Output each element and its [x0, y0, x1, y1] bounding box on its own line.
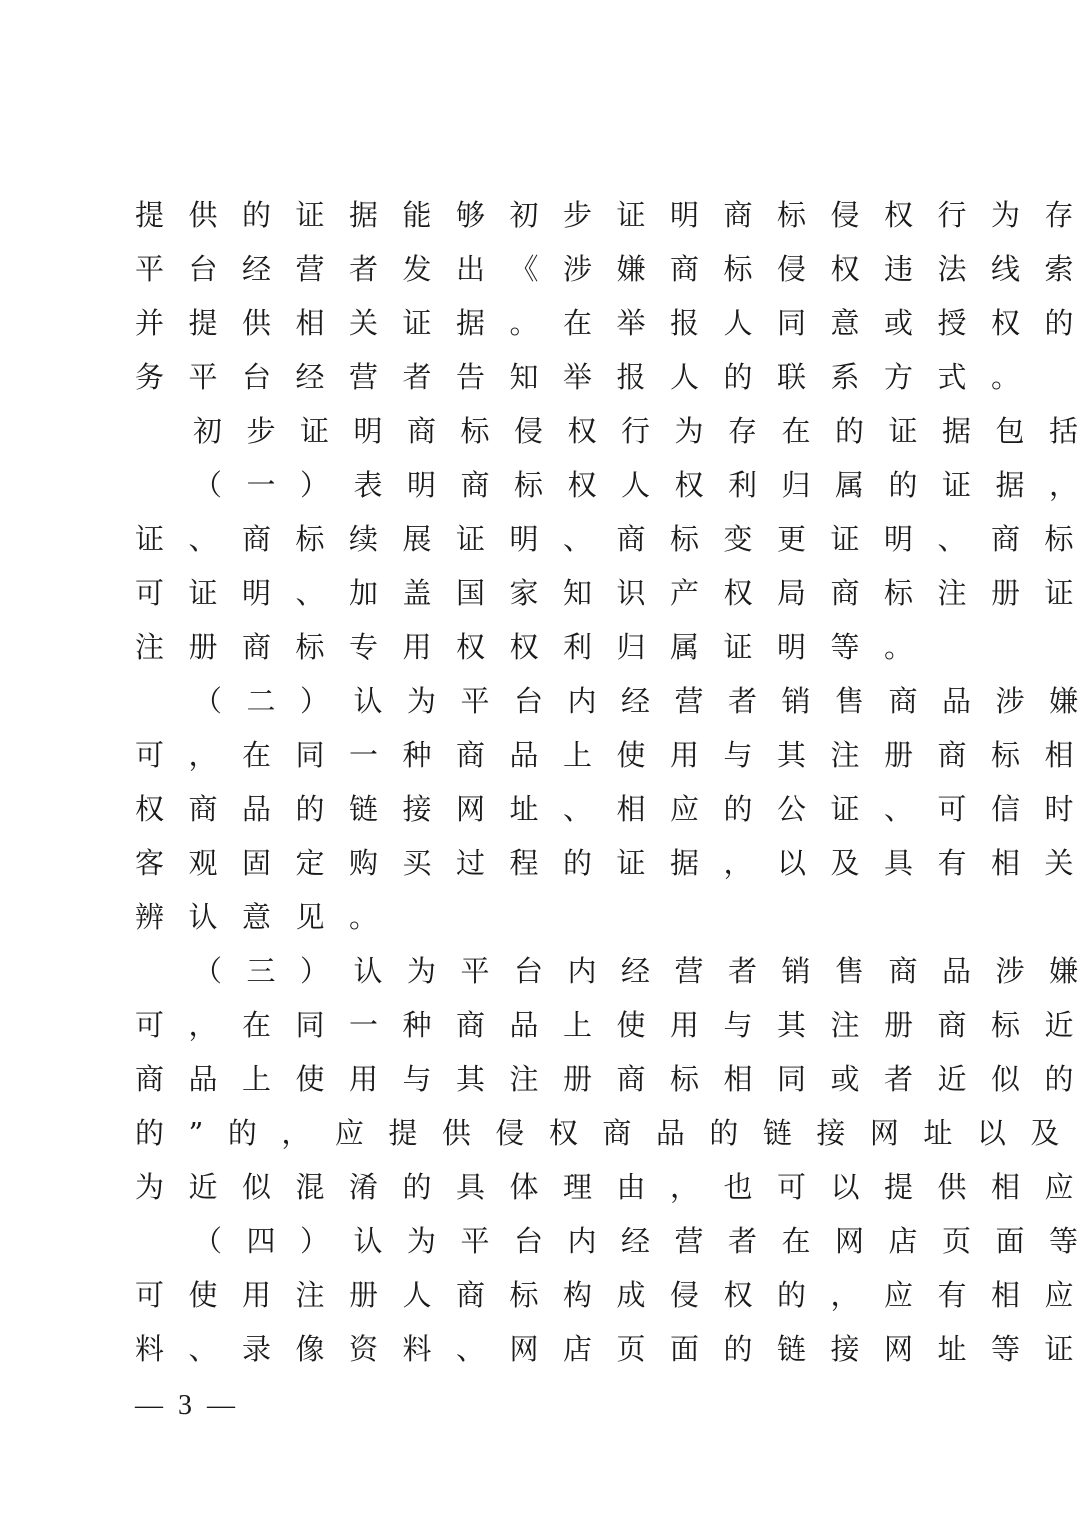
text-line: 可使用注册人商标构成侵权的，应有相应的文档、图片、录音资	[135, 1268, 955, 1322]
text-line: 的”的，应提供侵权商品的链接网址以及根据相关规定可以认定	[135, 1106, 955, 1160]
body-text: 提供的证据能够初步证明商标侵权行为存在的，可以向电子商务 平台经营者发出《涉嫌商…	[135, 188, 955, 1376]
item-2-line: （二）认为平台内经营者销售商品涉嫌“未经商标注册人许	[135, 674, 955, 728]
document-page: 提供的证据能够初步证明商标侵权行为存在的，可以向电子商务 平台经营者发出《涉嫌商…	[0, 0, 1080, 1527]
paragraph-intro-line: 初步证明商标侵权行为存在的证据包括：	[135, 404, 955, 458]
text-line: 证、商标续展证明、商标变更证明、商标转让证明、商标使用许	[135, 512, 955, 566]
text-line: 为近似混淆的具体理由，也可以提供相应的公证买样证据。	[135, 1160, 955, 1214]
text-line: 商品上使用与其注册商标相同或者近似的商标，容易导致混淆	[135, 1052, 955, 1106]
text-line: 客观固定购买过程的证据，以及具有相关资格的主体出具的书面	[135, 836, 955, 890]
text-line: 注册商标专用权权利归属证明等。	[135, 620, 955, 674]
text-line: 提供的证据能够初步证明商标侵权行为存在的，可以向电子商务	[135, 188, 955, 242]
text-line: 平台经营者发出《涉嫌商标侵权违法线索通报函》（附表1），	[135, 242, 955, 296]
item-3-line: （三）认为平台内经营者销售商品涉嫌“未经商标注册人许	[135, 944, 955, 998]
item-1-line: （一）表明商标权人权利归属的证据，如：有效的商标注册	[135, 458, 955, 512]
text-line: 可，在同一种商品上使用与其注册商标相同商标”的，应提供侵	[135, 728, 955, 782]
page-number: — 3 —	[135, 1390, 239, 1422]
text-line: 料、录像资料、网店页面的链接网址等证据。权利人需承诺按照	[135, 1322, 955, 1376]
item-4-line: （四）认为平台内经营者在网店页面等商业活动场合未经许	[135, 1214, 955, 1268]
text-line: 可证明、加盖国家知识产权局商标注册证明专用章的商标档案等	[135, 566, 955, 620]
text-line: 务平台经营者告知举报人的联系方式。	[135, 350, 955, 404]
text-line: 并提供相关证据。在举报人同意或授权的情形下，可以向电子商	[135, 296, 955, 350]
text-line: 辨认意见。	[135, 890, 955, 944]
text-line: 权商品的链接网址、相应的公证、可信时间戳、区块链取证等能	[135, 782, 955, 836]
text-line: 可，在同一种商品上使用与其注册商标近似的商标，或者在类似	[135, 998, 955, 1052]
